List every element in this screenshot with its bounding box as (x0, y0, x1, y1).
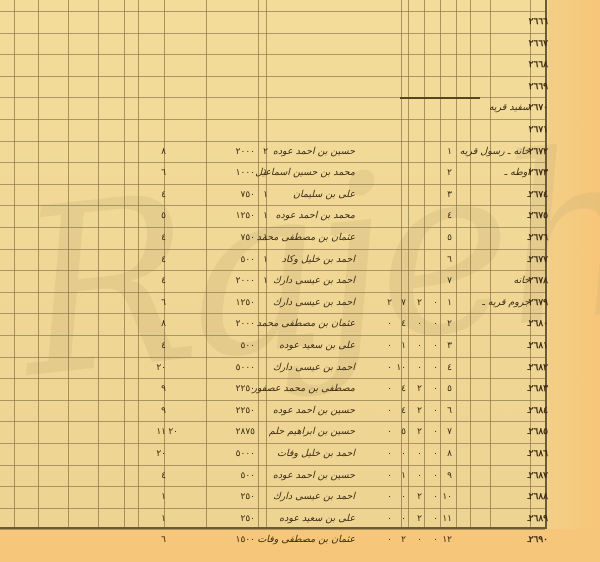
grid-column-line (408, 0, 409, 529)
col-e: ٩ (161, 405, 166, 417)
col-c2: ٢ (417, 426, 422, 438)
col-c1: ٠ (433, 405, 438, 417)
col-e: ٥ (161, 210, 166, 222)
village-cell: ـ (527, 340, 530, 352)
amount-cell: ٢٠٠٠ (236, 146, 255, 158)
col-c3: ١ (401, 340, 406, 352)
col-c4: ٠ (387, 362, 392, 374)
row-number: ٢٦٩٠ (529, 534, 548, 546)
col-c3: ٠ (401, 448, 406, 460)
amount-cell: ٥٠٠٠ (236, 362, 255, 374)
col-c3: ٧ (401, 297, 406, 309)
grid-row-line (0, 486, 545, 487)
col-c3: ٠ (401, 491, 406, 503)
col-e: ١١ (156, 426, 166, 438)
person-name: احمد بن عيسى دارك (273, 297, 355, 309)
col-c1: ٠ (433, 297, 438, 309)
col-e: ٤ (161, 254, 166, 266)
grid-row-line (0, 508, 545, 509)
grid-column-line (490, 0, 491, 529)
village-cell: ـ (527, 491, 530, 503)
amount-cell: ٥٠٠ (240, 254, 255, 266)
col-c3: ٤ (401, 318, 406, 330)
section-heading-rule (400, 97, 480, 99)
village-cell: ـ (527, 189, 530, 201)
col-c3: ١ (401, 470, 406, 482)
person-name: عثمان بن مصطفى وفات (257, 534, 355, 546)
col-c4: ٠ (387, 318, 392, 330)
entry-mark: ٦ (447, 405, 452, 417)
person-name: محمد بن احمد عوده (276, 210, 355, 222)
grid-row-line (0, 357, 545, 358)
row-number: ٢٦٧١ (529, 124, 548, 136)
col-c3: ٢ (401, 534, 406, 546)
col-c1: ٠ (433, 513, 438, 525)
col-c4: ٢ (387, 297, 392, 309)
person-name: على بن سليمان (293, 189, 355, 201)
amount-cell: ٥٠٠٠ (236, 448, 255, 460)
col-c1: ٠ (433, 491, 438, 503)
person-name: احمد بن عيسى دارك (273, 362, 355, 374)
col-e: ٤ (161, 340, 166, 352)
grid-row-line (0, 162, 545, 163)
count-cell: ٢ (263, 146, 268, 158)
entry-mark: ٧ (447, 426, 452, 438)
village-cell: خانه ـ رسول قريه (460, 146, 530, 158)
grid-row-line (0, 465, 545, 466)
col-c4: ٠ (387, 340, 392, 352)
person-name: احمد بن خليل وفات (277, 448, 355, 460)
village-cell: جروم قريه ـ (482, 297, 530, 309)
grid-row-line (0, 54, 545, 55)
entry-mark: ٩ (447, 470, 452, 482)
amount-cell: ٢٢٥٠ (236, 383, 255, 395)
grid-column-line (38, 0, 39, 529)
amount-cell: ٢٥٠ (240, 491, 255, 503)
grid-row-line (0, 76, 545, 77)
col-c2: ٢ (417, 491, 422, 503)
grid-row-line (0, 205, 545, 206)
row-number: ٢٦٨٨ (529, 491, 548, 503)
village-cell: ـ (527, 405, 530, 417)
village-cell: ـ (527, 362, 530, 374)
grid-row-line (0, 443, 545, 444)
village-cell: ـ (527, 318, 530, 330)
row-number: ٢٦٦٨ (529, 59, 548, 71)
row-number: ٢٦٧٩ (529, 297, 548, 309)
col-e: ٦ (161, 534, 166, 546)
count-cell: ١ (263, 189, 268, 201)
grid-row-line (0, 249, 545, 250)
grid-row-line (0, 400, 545, 401)
grid-column-line (258, 0, 259, 529)
table-bottom-border (0, 527, 545, 529)
person-name: حسين بن احمد عوده (273, 405, 355, 417)
count-cell: ١ (263, 254, 268, 266)
row-number: ٢٦٧٢ (529, 146, 548, 158)
col-e: ٨ (161, 146, 166, 158)
person-name: احمد بن عيسى دارك (273, 491, 355, 503)
col-c4: ٠ (387, 513, 392, 525)
grid-row-line (0, 184, 545, 185)
entry-mark: ١ (447, 146, 452, 158)
person-name: حسين بن ابراهيم حلم (269, 426, 355, 438)
amount-cell: ٥٠٠ (240, 470, 255, 482)
entry-mark: ١٢ (442, 534, 452, 546)
col-c1: ٠ (433, 383, 438, 395)
row-number: ٢٦٦٧ (529, 38, 548, 50)
person-name: حسين بن احمد عوده (273, 146, 355, 158)
col-e: ١ (161, 491, 166, 503)
village-cell: ـ (527, 383, 530, 395)
col-e: ٦ (161, 167, 166, 179)
count-cell: ١ (263, 275, 268, 287)
row-number: ٢٦٨٤ (529, 405, 548, 417)
col-c2: ٠ (417, 340, 422, 352)
amount-cell: ١٢٥٠ (236, 297, 255, 309)
person-name: عثمان بن مصطفى محمد (257, 232, 355, 244)
col-e: ٨ (161, 318, 166, 330)
grid-row-line (0, 119, 545, 120)
amount-cell: ١٠٠٠ (236, 167, 255, 179)
grid-row-line (0, 529, 545, 530)
grid-column-line (470, 0, 471, 529)
col-e: ٤ (161, 275, 166, 287)
ledger-page (0, 0, 548, 529)
village-cell: ـ (527, 426, 530, 438)
col-c2: ٠ (417, 448, 422, 460)
amount-cell: ٢٥٠ (240, 513, 255, 525)
grid-row-line (0, 11, 545, 12)
entry-mark: ٥ (447, 383, 452, 395)
village-cell: ـ (527, 210, 530, 222)
person-name: محمد بن حسين اسماعيل (255, 167, 355, 179)
village-cell: ـ (527, 513, 530, 525)
col-c3: ٤ (401, 383, 406, 395)
amount-cell: ٢٠٠٠ (236, 318, 255, 330)
row-number: ٢٦٧٧ (529, 254, 548, 266)
amount-cell: ٢٢٥٠ (236, 405, 255, 417)
col-c1: ٠ (433, 426, 438, 438)
amount-cell: ٥٠٠ (240, 340, 255, 352)
entry-mark: ١٠ (442, 491, 452, 503)
grid-row-line (0, 378, 545, 379)
row-number: ٢٦٧٠ (529, 102, 548, 114)
entry-mark: ٨ (447, 448, 452, 460)
col-c4: ٠ (387, 448, 392, 460)
row-number: ٢٦٧٤ (529, 189, 548, 201)
col-e: ٤ (161, 232, 166, 244)
row-number: ٢٦٦٦ (529, 16, 548, 28)
col-c2: ٠ (417, 470, 422, 482)
col-e: ٩ (161, 383, 166, 395)
grid-column-line (98, 0, 99, 529)
col-c4: ٠ (387, 534, 392, 546)
col-e: ٢٠ (156, 448, 166, 460)
person-name: مصطفى بن محمد عصفور (252, 383, 355, 395)
village-cell: ـ (527, 470, 530, 482)
row-number: ٢٦٨٧ (529, 470, 548, 482)
entry-mark: ٣ (447, 340, 452, 352)
person-name: عثمان بن مصطفى محمد (257, 318, 355, 330)
row-number: ٢٦٨٦ (529, 448, 548, 460)
col-f: ٢٠ (168, 426, 178, 438)
row-number: ٢٦٨٣ (529, 383, 548, 395)
row-number: ٢٦٧٥ (529, 210, 548, 222)
row-number: ٢٦٧٣ (529, 167, 548, 179)
amount-cell: ١٥٠٠ (236, 534, 255, 546)
grid-row-line (0, 421, 545, 422)
col-c1: ٠ (433, 448, 438, 460)
col-c2: ٢ (417, 383, 422, 395)
row-number: ٢٦٨٢ (529, 362, 548, 374)
grid-column-line (124, 0, 125, 529)
col-c4: ٠ (387, 405, 392, 417)
person-name: احمد بن خليل وكاد (282, 254, 355, 266)
count-cell: ١ (263, 232, 268, 244)
village-cell: ـ (527, 254, 530, 266)
grid-column-line (456, 0, 457, 529)
person-name: احمد بن عيسى دارك (273, 275, 355, 287)
grid-column-line (68, 0, 69, 529)
grid-row-line (0, 292, 545, 293)
grid-row-line (0, 33, 545, 34)
entry-mark: ٣ (447, 189, 452, 201)
grid-row-line (0, 313, 545, 314)
grid-column-line (424, 0, 425, 529)
village-cell: خانه (513, 275, 530, 287)
person-name: على بن سعيد عوده (279, 340, 355, 352)
col-c2: ٠ (417, 534, 422, 546)
col-e: ٤ (161, 189, 166, 201)
col-e: ٦ (161, 297, 166, 309)
entry-mark: ٢ (447, 167, 452, 179)
row-number: ٢٦٧٨ (529, 275, 548, 287)
grid-row-line (0, 141, 545, 142)
col-e: ١ (161, 513, 166, 525)
entry-mark: ٥ (447, 232, 452, 244)
entry-mark: ٦ (447, 254, 452, 266)
row-number: ٢٦٨٥ (529, 426, 548, 438)
page-margin-right (548, 0, 600, 562)
amount-cell: ٢٨٧٥ (236, 426, 255, 438)
village-cell: ـ (527, 534, 530, 546)
amount-cell: ٢٠٠٠ (236, 275, 255, 287)
col-c1: ٠ (433, 318, 438, 330)
col-c4: ٠ (387, 426, 392, 438)
col-c3: ٥ (401, 426, 406, 438)
amount-cell: ٧٥٠ (240, 189, 255, 201)
row-number: ٢٦٨٩ (529, 513, 548, 525)
col-c3: ١٠ (396, 362, 406, 374)
entry-mark: ٤ (447, 362, 452, 374)
col-c1: ٠ (433, 470, 438, 482)
village-cell: ـ (527, 448, 530, 460)
grid-row-line (0, 270, 545, 271)
grid-column-line (14, 0, 15, 529)
col-c2: ٢ (417, 297, 422, 309)
person-name: على بن سعيد عوده (279, 513, 355, 525)
entry-mark: ٤ (447, 210, 452, 222)
col-c3: ٤ (401, 405, 406, 417)
count-cell: ١ (263, 167, 268, 179)
row-number: ٢٦٨٠ (529, 318, 548, 330)
col-c4: ٠ (387, 383, 392, 395)
count-cell: ١ (263, 210, 268, 222)
village-cell: ـ (527, 232, 530, 244)
amount-cell: ٧٥٠ (240, 232, 255, 244)
row-number: ٢٦٧٦ (529, 232, 548, 244)
grid-row-line (0, 227, 545, 228)
col-c4: ٠ (387, 470, 392, 482)
col-e: ٤ (161, 470, 166, 482)
grid-column-line (440, 0, 441, 529)
entry-mark: ٢ (447, 318, 452, 330)
village-cell: اوطه ـ (504, 167, 530, 179)
col-c1: ٠ (433, 534, 438, 546)
row-number: ٢٦٨١ (529, 340, 548, 352)
col-e: ٢٠ (156, 362, 166, 374)
entry-mark: ١ (447, 297, 452, 309)
grid-column-line (138, 0, 139, 529)
village-cell: سفيد قريه (489, 102, 530, 114)
entry-mark: ٧ (447, 275, 452, 287)
col-c2: ٢ (417, 513, 422, 525)
row-number: ٢٦٦٩ (529, 81, 548, 93)
col-c2: ٠ (417, 318, 422, 330)
col-c1: ٠ (433, 362, 438, 374)
col-c4: ٠ (387, 491, 392, 503)
col-c2: ٠ (417, 362, 422, 374)
col-c1: ٠ (433, 340, 438, 352)
person-name: حسين بن احمد عوده (273, 470, 355, 482)
col-c2: ٢ (417, 405, 422, 417)
amount-cell: ١٢٥٠ (236, 210, 255, 222)
entry-mark: ١١ (442, 513, 452, 525)
col-c3: ٠ (401, 513, 406, 525)
grid-column-line (206, 0, 207, 529)
grid-row-line (0, 335, 545, 336)
